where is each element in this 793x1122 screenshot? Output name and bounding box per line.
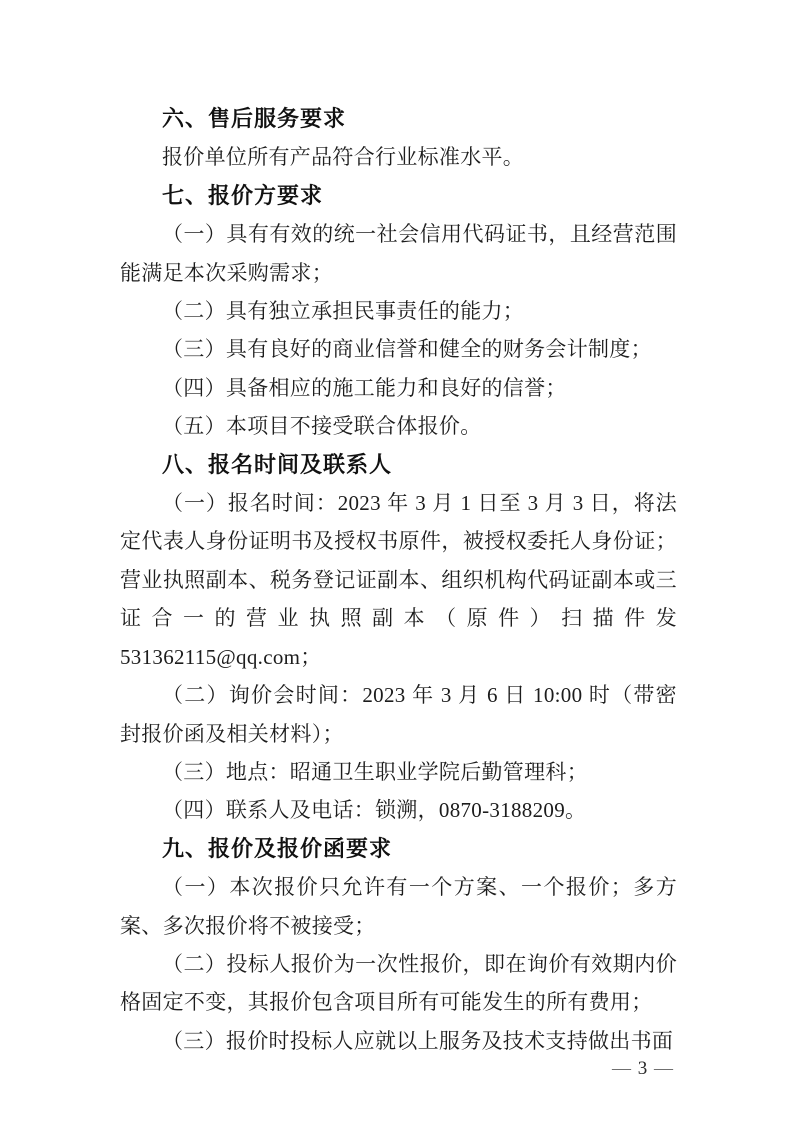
footer-dash-right: — <box>654 1058 674 1079</box>
document-body: 六、售后服务要求报价单位所有产品符合行业标准水平。七、报价方要求（一）具有有效的… <box>120 100 677 1060</box>
paragraph: （三）报价时投标人应就以上服务及技术支持做出书面 <box>120 1022 677 1060</box>
paragraph: （五）本项目不接受联合体报价。 <box>120 407 677 445</box>
section-heading: 八、报名时间及联系人 <box>120 446 677 484</box>
paragraph: （二）具有独立承担民事责任的能力； <box>120 292 677 330</box>
page-number: 3 <box>638 1058 649 1079</box>
paragraph: （三）地点：昭通卫生职业学院后勤管理科； <box>120 753 677 791</box>
paragraph: 报价单位所有产品符合行业标准水平。 <box>120 138 677 176</box>
section-heading: 七、报价方要求 <box>120 177 677 215</box>
paragraph: （三）具有良好的商业信誉和健全的财务会计制度； <box>120 330 677 368</box>
paragraph: （四）具备相应的施工能力和良好的信誉； <box>120 369 677 407</box>
document-page: 六、售后服务要求报价单位所有产品符合行业标准水平。七、报价方要求（一）具有有效的… <box>0 0 793 1122</box>
paragraph: （二）询价会时间：2023 年 3 月 6 日 10:00 时（带密封报价函及相… <box>120 676 677 753</box>
paragraph: （一）具有有效的统一社会信用代码证书，且经营范围能满足本次采购需求； <box>120 215 677 292</box>
footer-dash-left: — <box>612 1058 632 1079</box>
page-footer: — 3 — <box>612 1058 674 1080</box>
section-heading: 六、售后服务要求 <box>120 100 677 138</box>
paragraph: （一）本次报价只允许有一个方案、一个报价；多方案、多次报价将不被接受； <box>120 868 677 945</box>
section-heading: 九、报价及报价函要求 <box>120 830 677 868</box>
paragraph: （二）投标人报价为一次性报价，即在询价有效期内价格固定不变，其报价包含项目所有可… <box>120 945 677 1022</box>
paragraph: （四）联系人及电话：锁溯，0870-3188209。 <box>120 791 677 829</box>
paragraph: （一）报名时间：2023 年 3 月 1 日至 3 月 3 日，将法定代表人身份… <box>120 484 677 676</box>
